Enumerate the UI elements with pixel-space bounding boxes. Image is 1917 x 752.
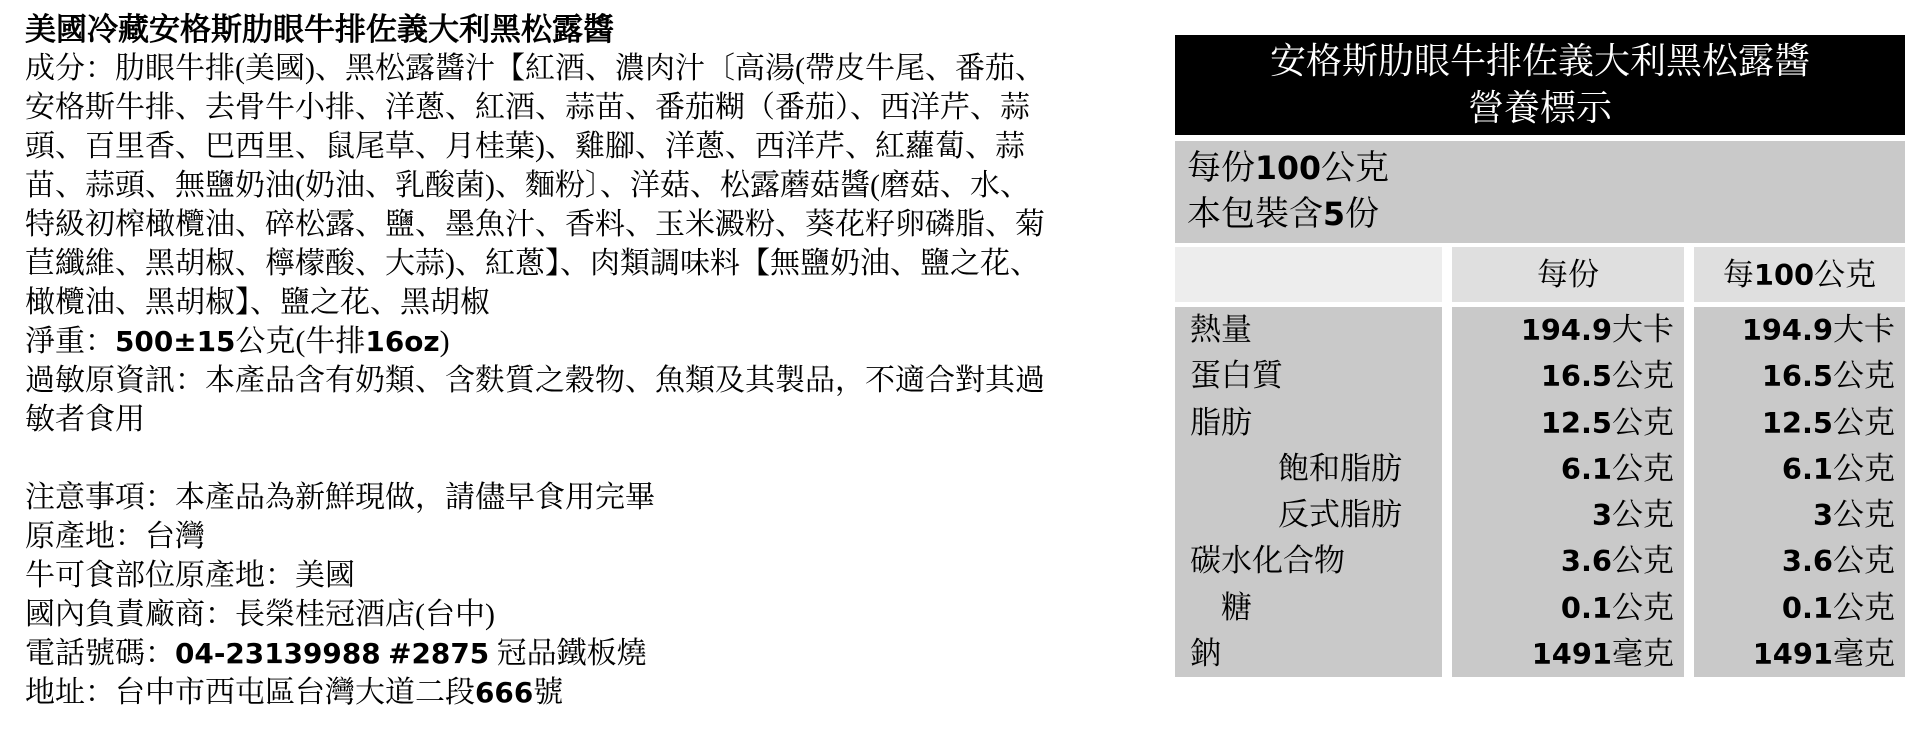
- row-value: 0.1公克: [1694, 585, 1905, 631]
- ingredients-line: 苣纖維、黑胡椒、檸檬酸、大蒜)、紅蔥】、肉類調味料【無鹽奶油、鹽之花、: [25, 244, 1170, 283]
- nutrition-data-grid: 熱量 194.9大卡 194.9大卡 蛋白質 16.5公克 16.5公克 脂肪 …: [1175, 307, 1905, 677]
- column-header-per-serving: 每份: [1452, 247, 1684, 302]
- serving-info-box: 每份100公克 本包裝含5份: [1175, 141, 1905, 243]
- row-label: 飽和脂肪: [1175, 446, 1442, 492]
- row-value: 16.5公克: [1452, 353, 1684, 399]
- nutrition-table-title: 安格斯肋眼牛排佐義大利黑松露醬 營養標示: [1175, 35, 1905, 135]
- nutrition-column-headers: 每份 每100公克: [1175, 247, 1905, 302]
- ingredients-line: 特級初榨橄欖油、碎松露、鹽、墨魚汁、香料、玉米澱粉、葵花籽卵磷脂、菊: [25, 205, 1170, 244]
- row-label: 糖: [1175, 585, 1442, 631]
- product-info-text: 美國冷藏安格斯肋眼牛排佐義大利黑松露醬 成分：肋眼牛排(美國)、黑松露醬汁【紅酒…: [25, 10, 1170, 712]
- product-label-page: { "left_panel": { "title": "美國冷藏安格斯肋眼牛排佐…: [0, 0, 1917, 752]
- row-value: 0.1公克: [1452, 585, 1684, 631]
- ingredients-line: 橄欖油、黑胡椒】、鹽之花、黑胡椒: [25, 283, 1170, 322]
- row-value: 6.1公克: [1694, 446, 1905, 492]
- row-value: 12.5公克: [1452, 400, 1684, 446]
- row-value: 16.5公克: [1694, 353, 1905, 399]
- beef-origin-line: 牛可食部位原產地：美國: [25, 556, 1170, 595]
- row-label: 蛋白質: [1175, 353, 1442, 399]
- allergen-line: 過敏原資訊：本產品含有奶類、含麩質之穀物、魚類及其製品，不適合對其過: [25, 361, 1170, 400]
- notice-line: 注意事項：本產品為新鮮現做，請儘早食用完畢: [25, 478, 1170, 517]
- nutrition-title-line1: 安格斯肋眼牛排佐義大利黑松露醬: [1175, 38, 1905, 85]
- nutrition-title-line2: 營養標示: [1175, 85, 1905, 132]
- vendor-line: 國內負責廠商：長榮桂冠酒店(台中): [25, 595, 1170, 634]
- phone-line: 電話號碼：04-23139988 #2875 冠品鐵板燒: [25, 634, 1170, 673]
- row-value: 1491毫克: [1452, 631, 1684, 677]
- ingredients-line: 頭、百里香、巴西里、鼠尾草、月桂葉)、雞腳、洋蔥、西洋芹、紅蘿蔔、蒜: [25, 127, 1170, 166]
- row-value: 194.9大卡: [1452, 307, 1684, 353]
- address-line: 地址：台中市西屯區台灣大道二段666號: [25, 673, 1170, 712]
- row-value: 6.1公克: [1452, 446, 1684, 492]
- serving-size-line: 每份100公克: [1187, 146, 1905, 192]
- column-header-per-100g: 每100公克: [1694, 247, 1905, 302]
- origin-line: 原產地：台灣: [25, 517, 1170, 556]
- allergen-line: 敏者食用: [25, 400, 1170, 439]
- nutrition-facts-table: 安格斯肋眼牛排佐義大利黑松露醬 營養標示 每份100公克 本包裝含5份 每份 每…: [1175, 35, 1905, 677]
- row-label: 碳水化合物: [1175, 538, 1442, 584]
- row-value: 1491毫克: [1694, 631, 1905, 677]
- row-label: 熱量: [1175, 307, 1442, 353]
- ingredients-line: 苗、蒜頭、無鹽奶油(奶油、乳酸菌)、麵粉〕、洋菇、松露蘑菇醬(磨菇、水、: [25, 166, 1170, 205]
- row-value: 3公克: [1452, 492, 1684, 538]
- blank-line: [25, 439, 1170, 478]
- row-label: 脂肪: [1175, 400, 1442, 446]
- row-value: 3.6公克: [1452, 538, 1684, 584]
- row-value: 3公克: [1694, 492, 1905, 538]
- row-value: 194.9大卡: [1694, 307, 1905, 353]
- ingredients-line: 安格斯牛排、去骨牛小排、洋蔥、紅酒、蒜苗、番茄糊（番茄）、西洋芹、蒜: [25, 88, 1170, 127]
- row-label: 鈉: [1175, 631, 1442, 677]
- product-title: 美國冷藏安格斯肋眼牛排佐義大利黑松露醬: [25, 10, 1170, 49]
- servings-per-pack-line: 本包裝含5份: [1187, 192, 1905, 238]
- row-value: 12.5公克: [1694, 400, 1905, 446]
- ingredients-line: 成分：肋眼牛排(美國)、黑松露醬汁【紅酒、濃肉汁〔高湯(帶皮牛尾、番茄、: [25, 49, 1170, 88]
- row-value: 3.6公克: [1694, 538, 1905, 584]
- column-header-empty: [1175, 247, 1442, 302]
- row-label: 反式脂肪: [1175, 492, 1442, 538]
- net-weight-line: 淨重：500±15公克(牛排16oz): [25, 322, 1170, 361]
